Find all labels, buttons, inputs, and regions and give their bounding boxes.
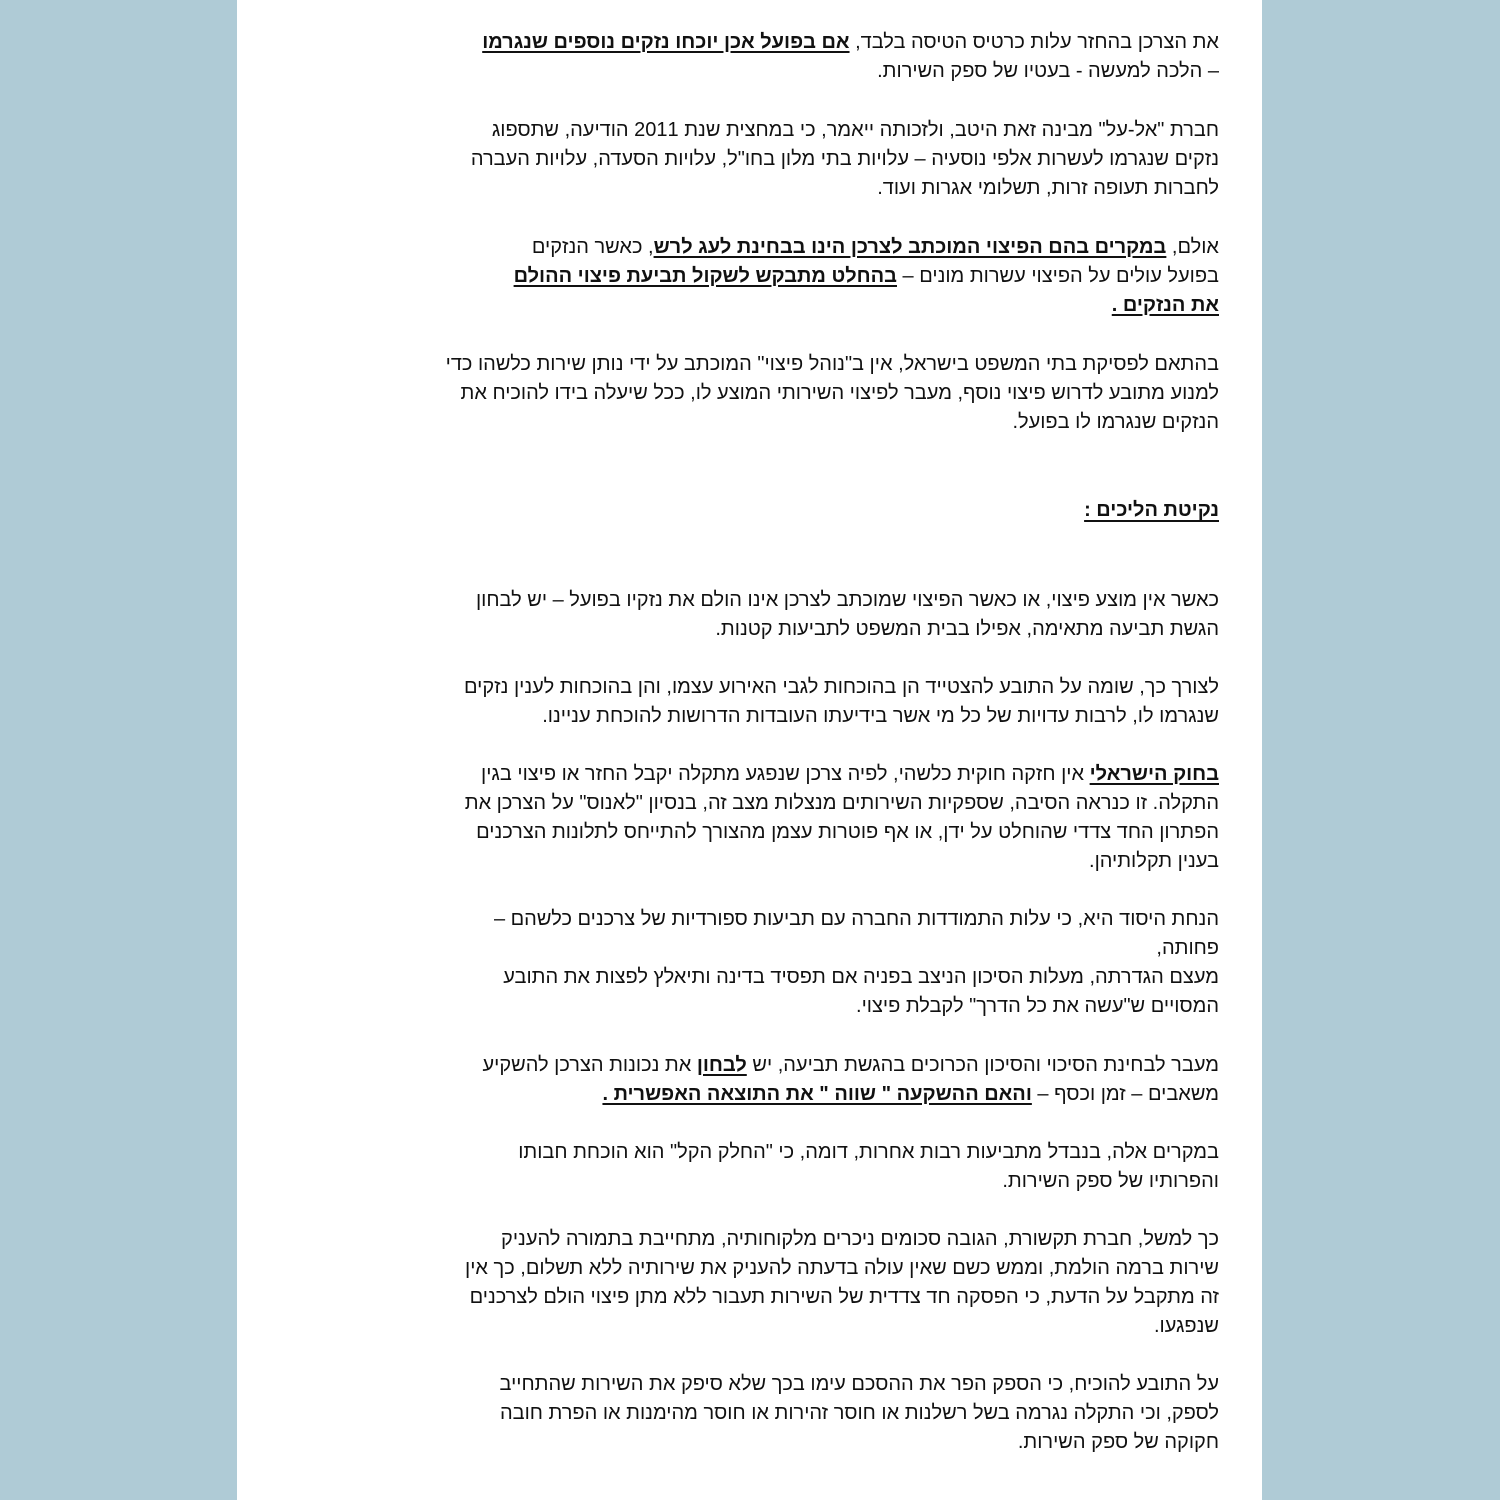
text-span: בפועל עולים על הפיצוי עשרות מונים – <box>897 265 1219 287</box>
text-line: מעצם הגדרתה, מעלות הסיכון הניצב בפניה אם… <box>299 963 1219 992</box>
text-line: – הלכה למעשה - בעטיו של ספק השירות. <box>299 57 1219 86</box>
paragraph-telecom-example: כך למשל, חברת תקשורת, הגובה סכומים ניכרי… <box>299 1225 1219 1341</box>
text-line: שירות ברמה הולמת, וממש כשם שאין עולה בדע… <box>299 1254 1219 1283</box>
text-line: הגשת תביעה מתאימה, אפילו בבית המשפט לתבי… <box>299 615 1219 644</box>
text-line: כך למשל, חברת תקשורת, הגובה סכומים ניכרי… <box>299 1225 1219 1254</box>
text-line: אולם, במקרים בהם הפיצוי המוכתב לצרכן הינ… <box>299 233 1219 262</box>
text-line: המסויים ש"עשה את כל הדרך" לקבלת פיצוי. <box>299 992 1219 1021</box>
paragraph-evidence: לצורך כך, שומה על התובע להצטייד הן בהוכח… <box>299 673 1219 731</box>
paragraph-no-compensation: כאשר אין מוצע פיצוי, או כאשר הפיצוי שמוכ… <box>299 586 1219 644</box>
text-line: על התובע להוכיח, כי הספק הפר את ההסכם עי… <box>299 1370 1219 1399</box>
paragraph-israeli-law: בחוק הישראלי אין חזקה חוקית כלשהי, לפיה … <box>299 760 1219 876</box>
underlined-emphasis: בחוק הישראלי <box>1090 763 1219 785</box>
underlined-emphasis: והאם ההשקעה " שווה " את התוצאה האפשרית . <box>602 1083 1031 1105</box>
text-line: לספק, וכי התקלה נגרמה בשל רשלנות או חוסר… <box>299 1399 1219 1428</box>
text-line: את הנזקים . <box>299 291 1219 320</box>
text-line: למנוע מתובע לדרוש פיצוי נוסף, מעבר לפיצו… <box>299 379 1219 408</box>
text-line: שנגרמו לו, לרבות עדויות של כל מי אשר ביד… <box>299 702 1219 731</box>
text-line: זה מתקבל על הדעת, כי הפסקה חד צדדית של ה… <box>299 1283 1219 1312</box>
paragraph-risk-assessment: מעבר לבחינת הסיכוי והסיכון הכרוכים בהגשת… <box>299 1051 1219 1109</box>
underlined-emphasis: אם בפועל אכן יוכחו נזקים נוספים שנגרמו <box>482 31 849 53</box>
text-span: את נכונות הצרכן להשקיע <box>483 1054 697 1076</box>
text-span: אין חזקה חוקית כלשהי, לפיה צרכן שנפגע מת… <box>481 763 1090 785</box>
section-heading: נקיטת הליכים : <box>299 496 1219 525</box>
text-line: פחותה, <box>299 934 1219 963</box>
text-span: , כאשר הנזקים <box>532 236 654 258</box>
paragraph-elal: חברת "אל-על" מבינה זאת היטב, ולזכותה ייא… <box>299 116 1219 203</box>
text-line: והפרותיו של ספק השירות. <box>299 1167 1219 1196</box>
underlined-emphasis: בהחלט מתבקש לשקול תביעת פיצוי ההולם <box>514 265 897 287</box>
text-line: בהתאם לפסיקת בתי המשפט בישראל, אין ב"נוה… <box>299 350 1219 379</box>
underlined-emphasis: את הנזקים . <box>1112 294 1219 316</box>
text-span: אולם, <box>1166 236 1219 258</box>
text-line: משאבים – זמן וכסף – והאם ההשקעה " שווה "… <box>299 1080 1219 1109</box>
text-line: הפתרון החד צדדי שהוחלט על ידן, או אף פוט… <box>299 818 1219 847</box>
underlined-emphasis: במקרים בהם הפיצוי המוכתב לצרכן הינו בבחי… <box>654 236 1167 258</box>
text-line: הנחת היסוד היא, כי עלות התמודדות החברה ע… <box>299 905 1219 934</box>
text-line: לצורך כך, שומה על התובע להצטייד הן בהוכח… <box>299 673 1219 702</box>
text-line: נזקים שנגרמו לעשרות אלפי נוסעיה – עלויות… <box>299 145 1219 174</box>
text-line: התקלה. זו כנראה הסיבה, שספקיות השירותים … <box>299 789 1219 818</box>
text-line: את הצרכן בהחזר עלות כרטיס הטיסה בלבד, אם… <box>299 28 1219 57</box>
text-line: בפועל עולים על הפיצוי עשרות מונים – בהחל… <box>299 262 1219 291</box>
text-line: בחוק הישראלי אין חזקה חוקית כלשהי, לפיה … <box>299 760 1219 789</box>
text-line: חקוקה של ספק השירות. <box>299 1428 1219 1457</box>
text-span: את הצרכן בהחזר עלות כרטיס הטיסה בלבד, <box>850 31 1219 53</box>
text-line: מעבר לבחינת הסיכוי והסיכון הכרוכים בהגשת… <box>299 1051 1219 1080</box>
text-line: הנזקים שנגרמו לו בפועל. <box>299 408 1219 437</box>
paragraph-flight-refund: את הצרכן בהחזר עלות כרטיס הטיסה בלבד, אם… <box>299 28 1219 86</box>
text-line: חברת "אל-על" מבינה זאת היטב, ולזכותה ייא… <box>299 116 1219 145</box>
text-line: שנפגעו. <box>299 1312 1219 1341</box>
text-line: בענין תקלותיהן. <box>299 847 1219 876</box>
text-line: במקרים אלה, בנבדל מתביעות רבות אחרות, דו… <box>299 1138 1219 1167</box>
paragraph-burden-of-proof: על התובע להוכיח, כי הספק הפר את ההסכם עי… <box>299 1370 1219 1457</box>
paragraph-basic-assumption: הנחת היסוד היא, כי עלות התמודדות החברה ע… <box>299 905 1219 1021</box>
underlined-emphasis: לבחון <box>697 1054 747 1076</box>
document-page: את הצרכן בהחזר עלות כרטיס הטיסה בלבד, אם… <box>237 0 1262 1500</box>
paragraph-easy-part: במקרים אלה, בנבדל מתביעות רבות אחרות, דו… <box>299 1138 1219 1196</box>
paragraph-however: אולם, במקרים בהם הפיצוי המוכתב לצרכן הינ… <box>299 233 1219 320</box>
text-span: מעבר לבחינת הסיכוי והסיכון הכרוכים בהגשת… <box>747 1054 1219 1076</box>
text-line: כאשר אין מוצע פיצוי, או כאשר הפיצוי שמוכ… <box>299 586 1219 615</box>
text-line: לחברות תעופה זרות, תשלומי אגרות ועוד. <box>299 174 1219 203</box>
paragraph-court-ruling: בהתאם לפסיקת בתי המשפט בישראל, אין ב"נוה… <box>299 350 1219 437</box>
text-span: משאבים – זמן וכסף – <box>1032 1083 1219 1105</box>
section-heading-container: נקיטת הליכים : <box>299 496 1219 525</box>
